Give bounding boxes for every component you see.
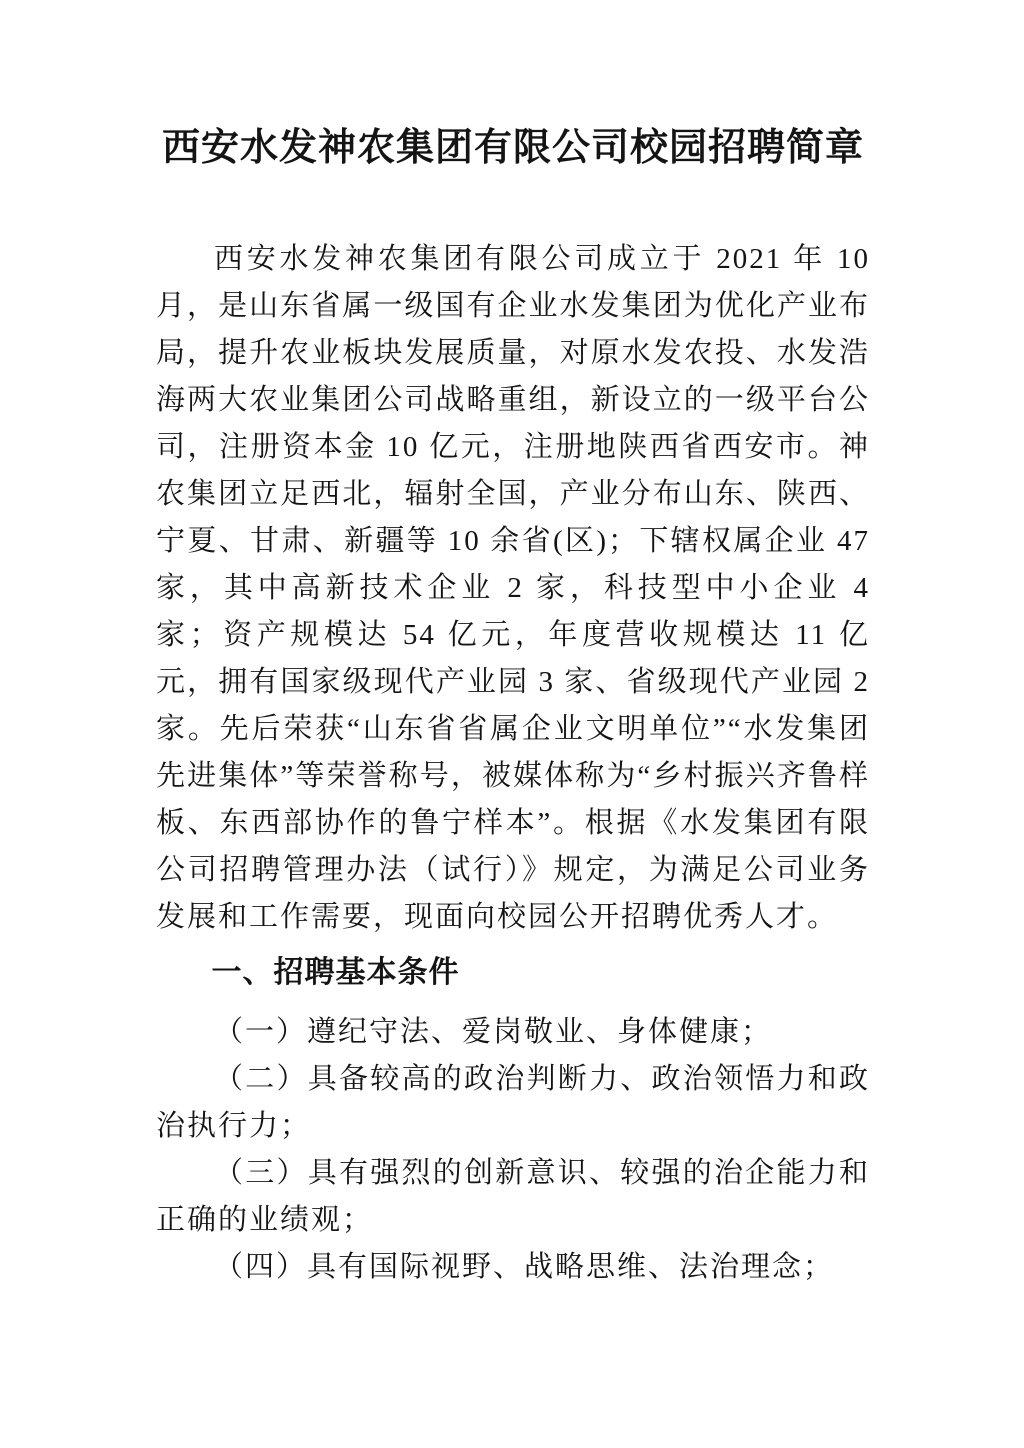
intro-paragraph: 西安水发神农集团有限公司成立于 2021 年 10 月，是山东省属一级国有企业水… bbox=[156, 236, 870, 941]
condition-item-4: （四）具有国际视野、战略思维、法治理念； bbox=[156, 1244, 870, 1291]
condition-item-2: （二）具备较高的政治判断力、政治领悟力和政治执行力； bbox=[156, 1056, 870, 1150]
document-page: 西安水发神农集团有限公司校园招聘简章 西安水发神农集团有限公司成立于 2021 … bbox=[0, 0, 1024, 1448]
condition-item-1: （一）遵纪守法、爱岗敬业、身体健康； bbox=[156, 1009, 870, 1056]
document-title: 西安水发神农集团有限公司校园招聘简章 bbox=[156, 124, 870, 172]
conditions-list: （一）遵纪守法、爱岗敬业、身体健康； （二）具备较高的政治判断力、政治领悟力和政… bbox=[156, 1009, 870, 1291]
condition-item-3: （三）具有强烈的创新意识、较强的治企能力和正确的业绩观； bbox=[156, 1150, 870, 1244]
section-heading-basic-conditions: 一、招聘基本条件 bbox=[156, 949, 870, 997]
